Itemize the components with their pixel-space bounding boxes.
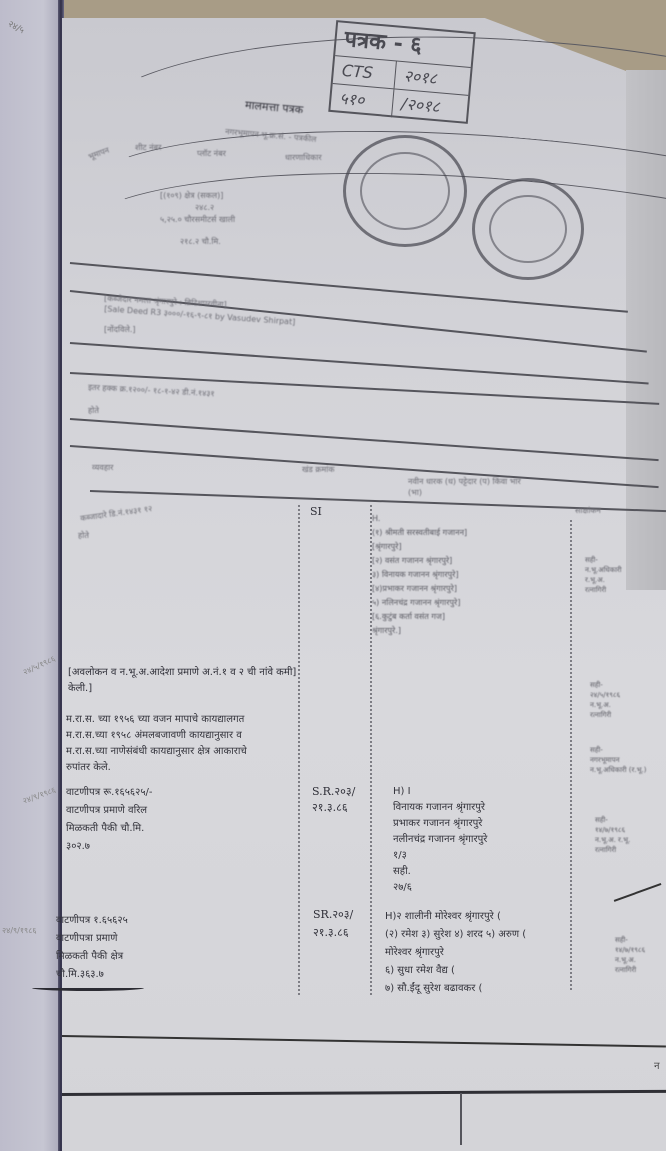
holder-line: सही. [393, 864, 487, 880]
row1-holder: H.(१) श्रीमती सरस्वतीबाई गजानन][श्रृंगार… [372, 512, 467, 638]
row5-volume: SR.२०३/ २१.३.८६ [313, 906, 373, 942]
attestation-line: न.भू.अ. [615, 955, 645, 965]
attestation-line: सही- [590, 680, 620, 690]
facing-page-scribble: २४/५ [6, 17, 27, 36]
attestation-line: सही- [590, 745, 647, 755]
transaction-line: चौ.मि.३६३.७ [56, 966, 128, 984]
row4-volume: S.R.२०३/ २१.३.८६ [312, 784, 372, 816]
table-header-transaction: व्यवहार [92, 462, 113, 473]
area-block-line: [(१०९) क्षेत्र (सकल)] [160, 190, 223, 201]
holder-line: H) I [393, 784, 487, 800]
attestation-line: २४/५/१९८६ [590, 690, 620, 700]
row3-attestation: सही-नगरभूमापनन.भू.अधिकारी (र.भू.) [590, 745, 647, 775]
holder-line: ७) सौ.ईंदू सुरेश बढावकर ( [385, 980, 526, 998]
holder-line: विनायक गजानन श्रृंगारपुरे [393, 800, 487, 816]
attestation-line: १४/७/१९८६ [595, 825, 630, 835]
transaction-line: वाटणीपत्र १.६५६२५ [56, 912, 128, 930]
attestation-line: रत्नागिरी [585, 585, 622, 595]
transaction-line: वाटणीपत्रा प्रमाणे [56, 930, 128, 948]
col-label: प्लॉट नंबर [197, 148, 226, 159]
holder-line: श्रृंगारपुरे.] [372, 624, 467, 638]
row3-transaction: म.रा.स. च्या १९५६ च्या वजन मापाचे कायद्य… [66, 712, 247, 776]
stamp-box-cell: CTS [333, 56, 397, 88]
attestation-line: नगरभूमापन [590, 755, 647, 765]
transaction-line: म.रा.स.च्या नाणेसंबंधी कायद्यानुसार क्षे… [66, 744, 247, 760]
col-label: शीट नंबर [135, 142, 161, 153]
attestation-line: सही- [585, 555, 622, 565]
attestation-line: रत्नागिरी [595, 845, 630, 855]
holder-line: ५) नलिनचंद्र गजानन श्रृंगारपुरे] [372, 596, 467, 610]
row4-holder: H) Iविनायक गजानन श्रृंगारपुरेप्रभाकर गजा… [393, 784, 487, 896]
attestation-line: न.भू.अधिकारी (र.भू.) [590, 765, 647, 775]
table-header-attestation: साक्षांकन [575, 505, 601, 516]
facing-page: २४/५ [0, 0, 62, 1151]
holder-line: (१) श्रीमती सरस्वतीबाई गजानन] [372, 526, 467, 540]
transaction-line: रुपांतर केले. [66, 760, 247, 776]
holder-line: नलीनचंद्र गजानन श्रृंगारपुरे [393, 832, 487, 848]
row5-attestation: सही-१४/७/१९८६न.भू.अ.रत्नागिरी [615, 935, 645, 975]
transaction-line: म.रा.स. च्या १९५६ च्या वजन मापाचे कायद्य… [66, 712, 247, 728]
holder-line: H. [372, 512, 467, 526]
transaction-line: मिळकती पैकी क्षेत्र [56, 948, 128, 966]
holder-line: [२) वसंत गजानन श्रृंगारपुरे] [372, 554, 467, 568]
row5-date: २४/९/१९८६ [2, 925, 37, 936]
footer-column-divider [460, 1093, 462, 1145]
attestation-line: र.भू.अ. [585, 575, 622, 585]
transaction-line: वाटणीपत्र रू.१६५६२५/- [66, 784, 153, 802]
row1-attestation: सही-न.भू.अधिकारीर.भू.अ.रत्नागिरी [585, 555, 622, 595]
attestation-line: रत्नागिरी [615, 965, 645, 975]
row1-transaction: होते [78, 530, 89, 541]
area-block-line: ५,२५.० चौरसमीटर्स खाली [160, 214, 235, 225]
attestation-line: रत्नागिरी [590, 710, 620, 720]
attestation-line: न.भू.अधिकारी [585, 565, 622, 575]
transaction-line: म.रा.स.च्या १९५८ अंमलबजावणी कायद्यानुसार… [66, 728, 247, 744]
column-divider [570, 520, 572, 990]
stamp-box-cell: २०१८ [395, 62, 438, 92]
corner-mark: न [654, 1058, 660, 1072]
holder-line: [श्रृंगारपुरे] [372, 540, 467, 554]
row2-attestation: सही-२४/५/१९८६न.भू.अ.रत्नागिरी [590, 680, 620, 720]
row1-volume: SI [310, 505, 322, 518]
holder-line: मोरेश्वर श्रृंगारपुरे [385, 944, 526, 962]
row4-attestation: सही-१४/७/१९८६न.भू.अ. र.भू.रत्नागिरी [595, 815, 630, 855]
transaction-line: ३०२.७ [66, 838, 153, 856]
table-header-holder: नवीन धारक (ध) पट्टेदार (प) किंवा भार (भा… [408, 476, 528, 498]
holder-line: ३) विनायक गजानन श्रृंगारपुरे] [372, 568, 467, 582]
official-seal-emblem [343, 135, 467, 247]
row2-transaction: [अवलोकन व न.भू.अ.आदेशा प्रमाणे अ.नं.१ व … [68, 664, 296, 678]
area-block-line: २१८.२ चौ.मि. [180, 236, 221, 247]
stamp-box-cell: /२०१८ [392, 89, 441, 121]
stamp-box: पत्रक - ६ CTS २०१८ ५१० /२०१८ [328, 20, 475, 124]
official-seal-round [472, 178, 584, 280]
holder-line: २७/६ [393, 880, 487, 896]
attestation-line: न.भू.अ. [590, 700, 620, 710]
attestation-line: सही- [595, 815, 630, 825]
remark-line: होते [88, 405, 99, 416]
area-block-line: २४८.२ [195, 202, 214, 213]
attestation-line: १४/७/१९८६ [615, 945, 645, 955]
holder-line: H)२ शालीनी मोरेश्वर श्रृंगारपुरे ( [385, 908, 526, 926]
row5-transaction: वाटणीपत्र १.६५६२५वाटणीपत्रा प्रमाणेमिळकत… [56, 912, 128, 984]
holder-line: १/३ [393, 848, 487, 864]
holder-line: (२) रमेश ३) सुरेश ४) शरद ५) अरुण ( [385, 926, 526, 944]
column-divider [298, 505, 300, 995]
col-label: धारणाधिकार [285, 152, 322, 163]
attestation-line: सही- [615, 935, 645, 945]
holder-line: [४)प्रभाकर गजानन श्रृंगारपुरे] [372, 582, 467, 596]
holder-line: प्रभाकर गजानन श्रृंगारपुरे [393, 816, 487, 832]
row2-transaction: केली.] [68, 680, 92, 694]
holder-line: ६) सुधा रमेश वैद्य ( [385, 962, 526, 980]
row4-transaction: वाटणीपत्र रू.१६५६२५/-वाटणीपत्र प्रमाणे व… [66, 784, 153, 856]
table-header-volume: खंड क्रमांक [302, 464, 335, 475]
transaction-line: वाटणीपत्र प्रमाणे वरिल [66, 802, 153, 820]
attestation-line: न.भू.अ. र.भू. [595, 835, 630, 845]
holder-line: [६.कुटुंब कर्ता वसंत गज] [372, 610, 467, 624]
transaction-line: मिळकती पैकी चौ.मि. [66, 820, 153, 838]
stamp-box-cell: ५१० [330, 84, 394, 117]
remark-line: [नोंदविले.] [104, 324, 136, 335]
row5-holder: H)२ शालीनी मोरेश्वर श्रृंगारपुरे ((२) रम… [385, 908, 526, 998]
handwritten-underline [32, 985, 144, 991]
